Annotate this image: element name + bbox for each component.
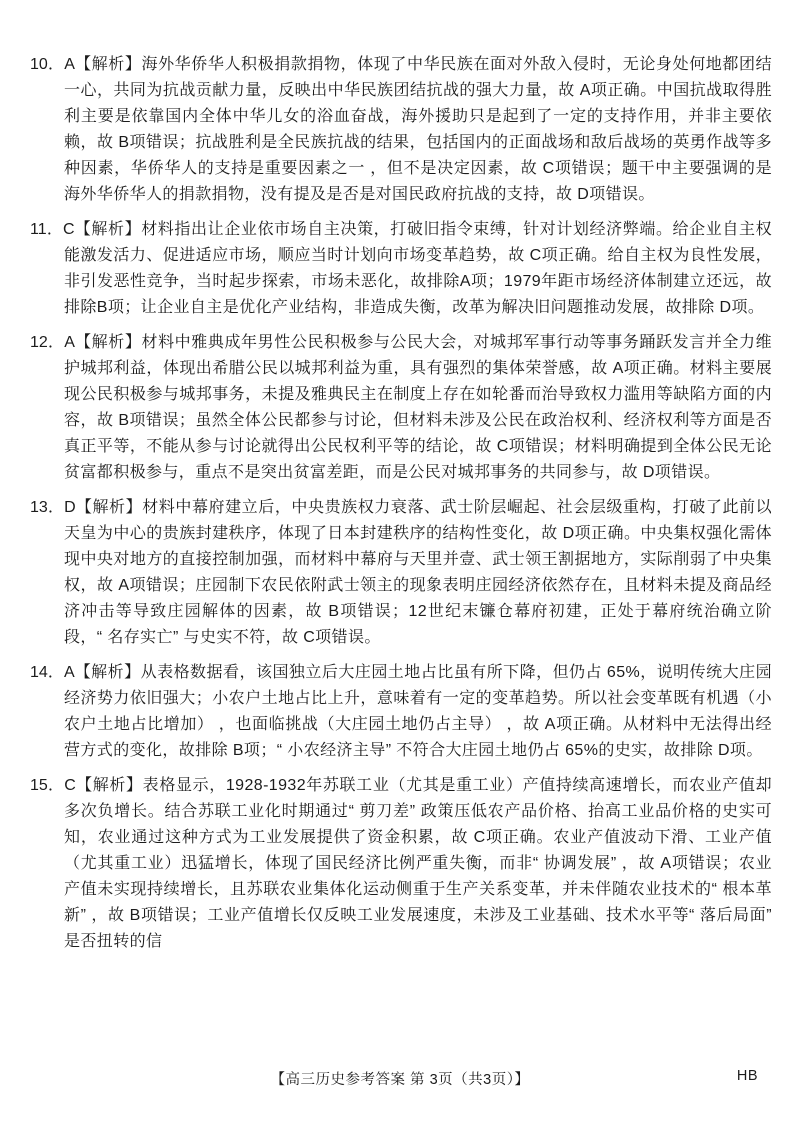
answer-number: 13．D: [30, 499, 76, 516]
footer-page-label: 【高三历史参考答案 第 3页（共3页）】: [0, 1068, 800, 1089]
analysis-text: 从表格数据看，该国独立后大庄园土地占比虽有所下降，但仍占 65%，说明传统大庄园…: [64, 664, 772, 759]
analysis-label: 【解析】: [76, 499, 143, 516]
analysis-text: 材料中幕府建立后，中央贵族权力衰落、武士阶层崛起、社会层级重构，打破了此前以天皇…: [64, 499, 772, 646]
analysis-label: 【解析】: [75, 56, 142, 73]
analysis-text: 材料中雅典成年男性公民积极参与公民大会，对城邦军事行动等事务踊跃发言并全力维护城…: [64, 334, 772, 481]
answer-number: 14．A: [30, 664, 75, 681]
answer-item-14: 14．A【解析】从表格数据看，该国独立后大庄园土地占比虽有所下降，但仍占 65%…: [30, 660, 772, 764]
analysis-text: 海外华侨华人积极捐款捐物，体现了中华民族在面对外敌入侵时，无论身处何地都团结一心…: [64, 56, 772, 203]
answer-item-11: 11．C【解析】材料指出让企业依市场自主决策，打破旧指令束缚，针对计划经济弊端。…: [30, 217, 772, 321]
answer-item-15: 15．C【解析】表格显示，1928-1932年苏联工业（尤其是重工业）产值持续高…: [30, 773, 772, 955]
answer-number: 11．C: [30, 221, 75, 238]
analysis-label: 【解析】: [75, 221, 142, 238]
answer-number: 12．A: [30, 334, 75, 351]
answer-item-13: 13．D【解析】材料中幕府建立后，中央贵族权力衰落、武士阶层崛起、社会层级重构，…: [30, 495, 772, 651]
analysis-label: 【解析】: [75, 664, 141, 681]
answer-item-12: 12．A【解析】材料中雅典成年男性公民积极参与公民大会，对城邦军事行动等事务踊跃…: [30, 330, 772, 486]
answer-number: 15．C: [30, 777, 76, 794]
analysis-text: 表格显示，1928-1932年苏联工业（尤其是重工业）产值持续高速增长，而农业产…: [64, 777, 772, 950]
analysis-label: 【解析】: [75, 334, 142, 351]
answer-number: 10．A: [30, 56, 75, 73]
analysis-text: 材料指出让企业依市场自主决策，打破旧指令束缚，针对计划经济弊端。给企业自主权能激…: [64, 221, 772, 316]
page-footer: 【高三历史参考答案 第 3页（共3页）】 HB: [0, 1068, 800, 1090]
footer-version-code: HB: [737, 1068, 758, 1084]
answer-key-page: 10．A【解析】海外华侨华人积极捐款捐物，体现了中华民族在面对外敌入侵时，无论身…: [0, 0, 800, 1135]
answer-item-10: 10．A【解析】海外华侨华人积极捐款捐物，体现了中华民族在面对外敌入侵时，无论身…: [30, 52, 772, 208]
answers-section: 10．A【解析】海外华侨华人积极捐款捐物，体现了中华民族在面对外敌入侵时，无论身…: [30, 52, 772, 964]
analysis-label: 【解析】: [76, 777, 143, 794]
